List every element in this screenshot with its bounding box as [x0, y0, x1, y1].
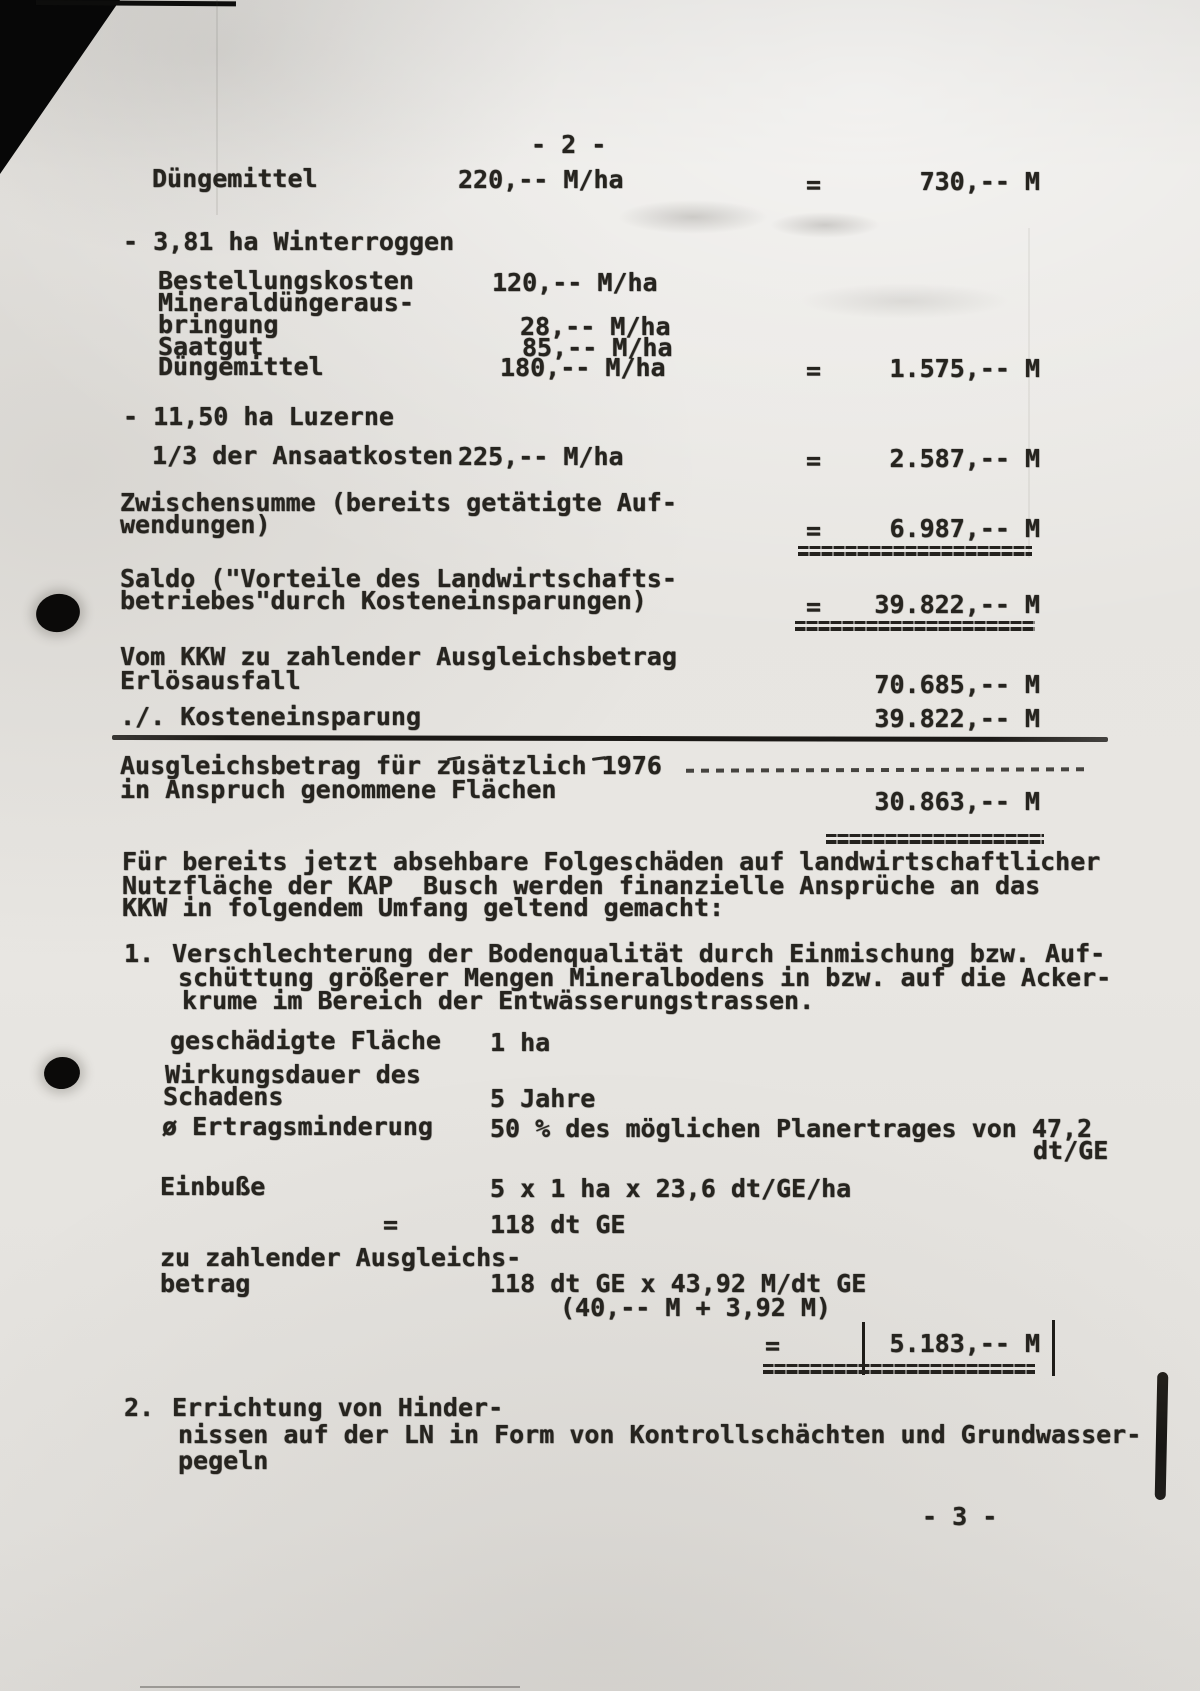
zwischensumme-amount: 6.987,-- M — [889, 515, 1040, 543]
scan-corner-artifact — [0, 0, 120, 174]
kosteneinsparung-amount: 39.822,-- M — [874, 705, 1040, 733]
ertragsminderung-unit: dt/GE — [1033, 1137, 1108, 1165]
page-number-top: - 2 - — [531, 131, 606, 159]
betrag-calc2: (40,-- M + 3,92 M) — [560, 1294, 831, 1322]
item1-marker: 1. — [124, 940, 154, 968]
einbusse-label: Einbuße — [160, 1173, 265, 1201]
hole-punch — [42, 1055, 82, 1092]
kosteneinsparung-label: ./. Kosteneinsparung — [120, 703, 421, 731]
einbusse-result: 118 dt GE — [490, 1211, 625, 1239]
ertragsminderung-value: 50 % des möglichen Planertrages von 47,2 — [490, 1115, 1092, 1143]
result-line2: in Anspruch genommene Flächen — [120, 776, 557, 804]
flaeche-label: geschädigte Fläche — [170, 1027, 441, 1055]
item2-marker: 2. — [124, 1394, 154, 1422]
duengemittel2-label: Düngemittel — [158, 353, 324, 381]
ansaatkosten-label: 1/3 der Ansaatkosten — [152, 442, 453, 470]
winterroggen-amount: 1.575,-- M — [889, 355, 1040, 383]
column-bar — [1052, 1320, 1055, 1376]
hole-punch — [33, 590, 84, 636]
luzerne-amount: 2.587,-- M — [889, 445, 1040, 473]
erloesausfall-amount: 70.685,-- M — [874, 671, 1040, 699]
wirkungsdauer-label2: Schadens — [163, 1083, 283, 1111]
zwischensumme-line2: wendungen) — [120, 511, 271, 539]
equals-sign: = — [806, 357, 821, 385]
ink-smudge — [800, 283, 1010, 319]
sum-rule — [112, 735, 1108, 742]
row-duengemittel-label: Düngemittel — [152, 165, 318, 193]
ink-smudge — [618, 200, 768, 234]
ertragsminderung-label: ø Ertragsminderung — [162, 1113, 433, 1141]
equals-sign: = — [806, 517, 821, 545]
equals-sign: = — [765, 1332, 780, 1360]
scanned-document-page: - 2 - Düngemittel 220,-- M/ha = 730,-- M… — [0, 0, 1200, 1691]
betrag-label2: betrag — [160, 1270, 250, 1298]
item1-line3: krume im Bereich der Entwässerungstrasse… — [182, 987, 814, 1015]
pen-mark — [1155, 1372, 1169, 1500]
einbusse-value: 5 x 1 ha x 23,6 dt/GE/ha — [490, 1175, 851, 1203]
equals-sign: = — [383, 1211, 398, 1239]
ansaatkosten-rate: 225,-- M/ha — [458, 443, 624, 471]
item2-line1: Errichtung von Hinder- — [172, 1394, 503, 1422]
saldo-line2: betriebes"durch Kosteneinsparungen) — [120, 587, 647, 615]
scan-bottom-edge-artifact — [140, 1686, 520, 1688]
saldo-amount: 39.822,-- M — [874, 591, 1040, 619]
equals-sign: = — [806, 593, 821, 621]
duengemittel2-rate: 180,-- M/ha — [500, 354, 666, 382]
claims-intro-line3: KKW in folgendem Umfang geltend gemacht: — [122, 894, 724, 922]
double-underline — [763, 1364, 1035, 1374]
wirkungsdauer-value: 5 Jahre — [490, 1085, 595, 1113]
double-underline — [826, 834, 1044, 844]
ink-smudge — [770, 212, 880, 238]
bestellungskosten-rate: 120,-- M/ha — [492, 269, 658, 297]
flaeche-value: 1 ha — [490, 1029, 550, 1057]
erloesausfall-label: Erlösausfall — [120, 667, 301, 695]
item2-line2: nissen auf der LN in Form von Kontrollsc… — [178, 1421, 1141, 1449]
row-duengemittel-amount: 730,-- M — [920, 168, 1040, 196]
item2-line3: pegeln — [178, 1447, 268, 1475]
winterroggen-heading: - 3,81 ha Winterroggen — [123, 228, 454, 256]
luzerne-heading: - 11,50 ha Luzerne — [123, 403, 394, 431]
betrag-label1: zu zahlender Ausgleichs- — [160, 1244, 521, 1272]
row-duengemittel-rate: 220,-- M/ha — [458, 166, 624, 194]
paper-crease — [1028, 228, 1030, 558]
betrag-amount: 5.183,-- M — [889, 1330, 1040, 1358]
double-underline — [798, 546, 1032, 556]
page-number-bottom: - 3 - — [922, 1503, 997, 1531]
double-underline — [795, 621, 1035, 631]
dashed-trail — [686, 767, 1086, 772]
equals-sign: = — [806, 171, 821, 199]
result-amount: 30.863,-- M — [874, 788, 1040, 816]
equals-sign: = — [806, 447, 821, 475]
